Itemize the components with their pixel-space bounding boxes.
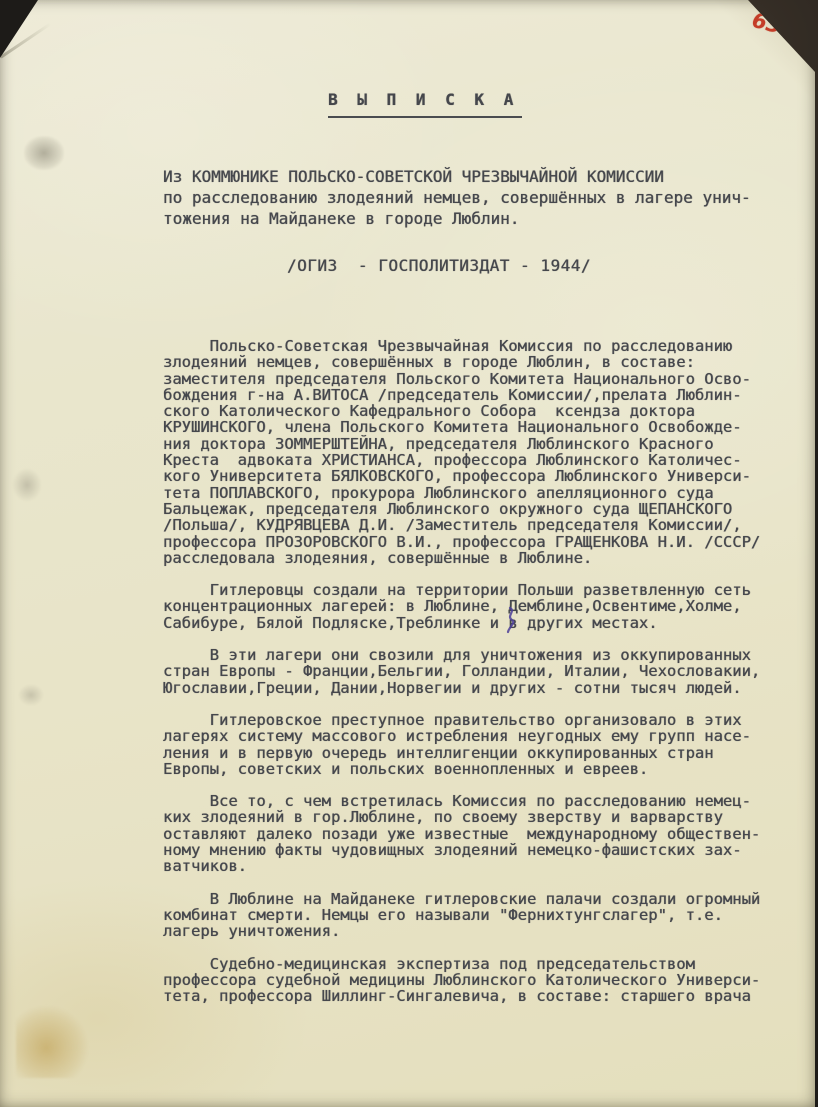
scan-background: { "doc": { "corner_number": "63.", "titl… (0, 0, 818, 1107)
publisher-imprint: /ОГИЗ - ГОСПОЛИТИЗДАТ - 1944/ (287, 256, 591, 275)
paragraph-deportations: В эти лагери они свозили для уничтожения… (163, 647, 813, 696)
paragraph-camps-network: Гитлеровцы создали на территории Польши … (163, 582, 813, 631)
ink-correction-mark (501, 606, 521, 634)
paper-damage-spot (12, 468, 42, 502)
document-header: Из КОММЮНИКЕ ПОЛЬСКО-СОВЕТСКОЙ ЧРЕЗВЫЧАЙ… (163, 166, 813, 229)
paragraph-forensic-expertise: Судебно-медицинская экспертиза под предс… (163, 956, 813, 1005)
paragraph-extermination-system: Гитлеровское преступное правительство ор… (163, 712, 813, 777)
page-number-annotation: 63. (750, 8, 792, 40)
paragraph-majdanek: В Люблине на Майданеке гитлеровские пала… (163, 891, 813, 940)
paper-crease (0, 22, 51, 58)
paper-stain (16, 1006, 88, 1078)
document-body: Польско-Советская Чрезвычайная Комиссия … (163, 338, 813, 1020)
paper-damage-spot (18, 684, 44, 706)
document-title: В Ы П И С К А (328, 90, 522, 118)
document-page: В Ы П И С К А Из КОММЮНИКЕ ПОЛЬСКО-СОВЕТ… (0, 0, 815, 1107)
paragraph-commission-findings: Все то, с чем встретилась Комиссия по ра… (163, 793, 813, 874)
paper-damage-spot (24, 136, 64, 170)
paragraph-commission-members: Польско-Советская Чрезвычайная Комиссия … (163, 338, 813, 566)
